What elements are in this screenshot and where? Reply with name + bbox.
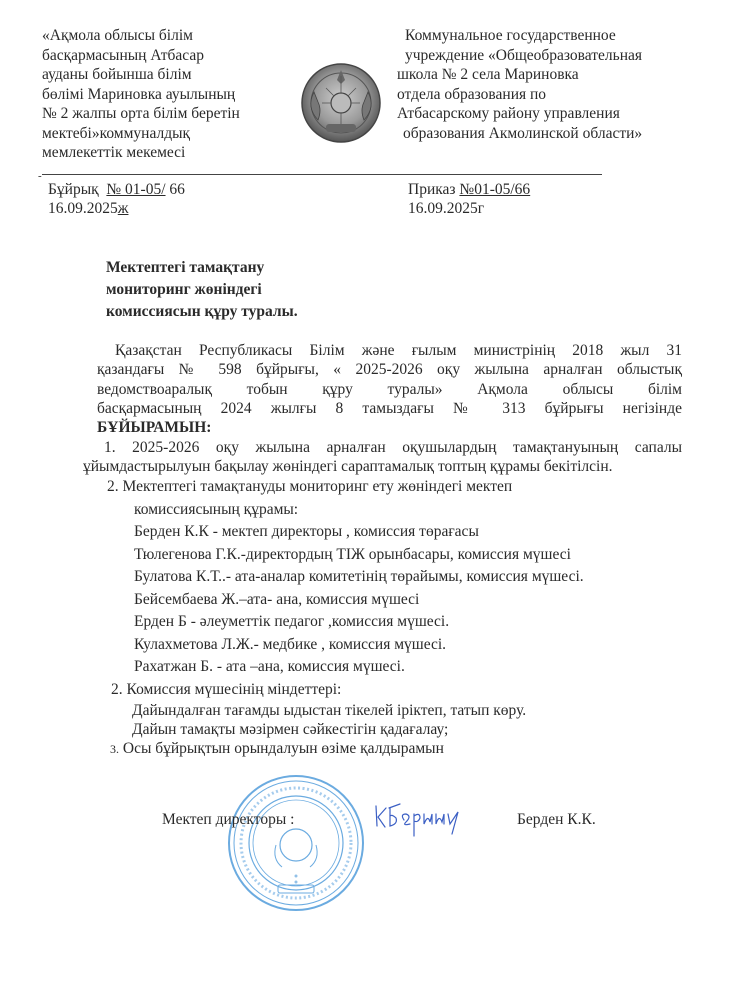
header-left-line: мемлекеттік мекемесі [42, 143, 240, 163]
item-1-line: ұйымдастырылуын бақылау жөніндегі сарапт… [83, 457, 613, 477]
duty-item: Дайын тамақты мәзірмен сәйкестігін қадағ… [132, 720, 448, 740]
duties-heading: 2. Комиссия мүшесінің міндеттері: [111, 680, 341, 700]
item-1: 1. 2025-2026 оқу жылына арналған оқушыла… [104, 438, 682, 458]
member-list-item: Ерден Б - әлеуметтік педагог ,комиссия м… [134, 611, 449, 634]
title-line: мониторинг жөніндегі [106, 279, 298, 301]
item-3-text: Осы бұйрықтын орындалуын өзіме қалдырамы… [119, 740, 444, 757]
document-title: Мектептегі тамақтану мониторинг жөніндег… [106, 257, 298, 323]
title-line: комиссиясын құру туралы. [106, 301, 298, 323]
member-list-item: Рахатжан Б. - ата –ана, комиссия мүшесі. [134, 656, 405, 679]
item-3-number: 3. [110, 742, 119, 756]
member-list-item: Тюлегенова Г.К.-директордың ТІЖ орынбаса… [134, 544, 571, 567]
header-right-line: учреждение «Общеобразовательная [397, 46, 642, 66]
item-1-line: 1. 2025-2026 оқу жылына арналған оқушыла… [104, 438, 682, 458]
state-emblem-icon [300, 62, 382, 144]
header-kazakh-institution: «Ақмола облысы білім басқармасының Атбас… [42, 26, 240, 163]
order-date: 16.09.2025г [408, 199, 530, 218]
header-right-line: Коммунальное государственное [397, 26, 642, 46]
header-left-line: «Ақмола облысы білім [42, 26, 240, 46]
order-word: БҰЙЫРАМЫН: [97, 419, 211, 437]
preamble-line: басқармасының 2024 жылғы 8 тамыздағы № 3… [97, 399, 682, 419]
order-number-kazakh: Бұйрық № 01-05/ 66 16.09.2025ж [48, 180, 185, 218]
item-3: 3. Осы бұйрықтын орындалуын өзіме қалдыр… [110, 739, 444, 760]
member-list-item: Берден К.К - мектеп директоры , комиссия… [134, 521, 479, 544]
header-left-line: басқармасының Атбасар [42, 46, 240, 66]
header-left-line: мектебі»коммуналдық [42, 124, 240, 144]
preamble-line: Қазақстан Республикасы Білім және ғылым … [115, 341, 682, 361]
order-label: Приказ [408, 181, 459, 198]
signature-label: Мектеп директоры : [162, 811, 294, 829]
header-right-line: школа № 2 села Мариновка [397, 65, 642, 85]
order-number-suffix: 66 [166, 181, 185, 198]
rule-dash: - [38, 170, 42, 182]
item-2-heading: 2. Мектептегі тамақтануды мониторинг ету… [107, 477, 512, 497]
order-number-russian: Приказ №01-05/66 16.09.2025г [408, 180, 530, 218]
member-list-item: Кулахметова Л.Ж.- медбике , комиссия мүш… [134, 634, 446, 657]
preamble-first-line: Қазақстан Республикасы Білім және ғылым … [115, 341, 682, 361]
order-date: 16.09.2025 [48, 200, 118, 217]
director-name: Берден К.К. [517, 811, 596, 829]
header-right-line: образования Акмолинской области» [397, 124, 642, 144]
school-seal-stamp-icon [226, 773, 366, 913]
preamble: қазандағы № 598 бұйрығы, « 2025-2026 оқу… [97, 360, 682, 419]
preamble-line: ведомствоаралық тобын құру туралы» Ақмол… [97, 380, 682, 400]
handwritten-signature-icon [372, 800, 462, 840]
header-right-line: Атбасарскому району управления [397, 104, 642, 124]
header-left-line: бөлімі Мариновка ауылының [42, 85, 240, 105]
header-left-line: № 2 жалпы орта білім беретін [42, 104, 240, 124]
header-left-line: ауданы бойынша білім [42, 65, 240, 85]
header-right-line: отдела образования по [397, 85, 642, 105]
member-list-item: Бейсембаева Ж.–ата- ана, комиссия мүшесі [134, 589, 419, 612]
title-line: Мектептегі тамақтану [106, 257, 298, 279]
duty-item: Дайындалған тағамды ыдыстан тікелей ірік… [132, 701, 526, 721]
header-divider [42, 174, 602, 175]
order-label: Бұйрық [48, 181, 99, 198]
order-number: № 01-05/ [106, 181, 165, 198]
header-russian-institution: Коммунальное государственное учреждение … [397, 26, 642, 143]
member-list-item: Булатова К.Т..- ата-аналар комитетінің т… [134, 566, 584, 589]
item-2-subheading: комиссиясының құрамы: [134, 500, 298, 520]
order-date-suffix: ж [118, 200, 129, 217]
order-number: №01-05/66 [459, 181, 530, 198]
preamble-line: қазандағы № 598 бұйрығы, « 2025-2026 оқу… [97, 360, 682, 380]
